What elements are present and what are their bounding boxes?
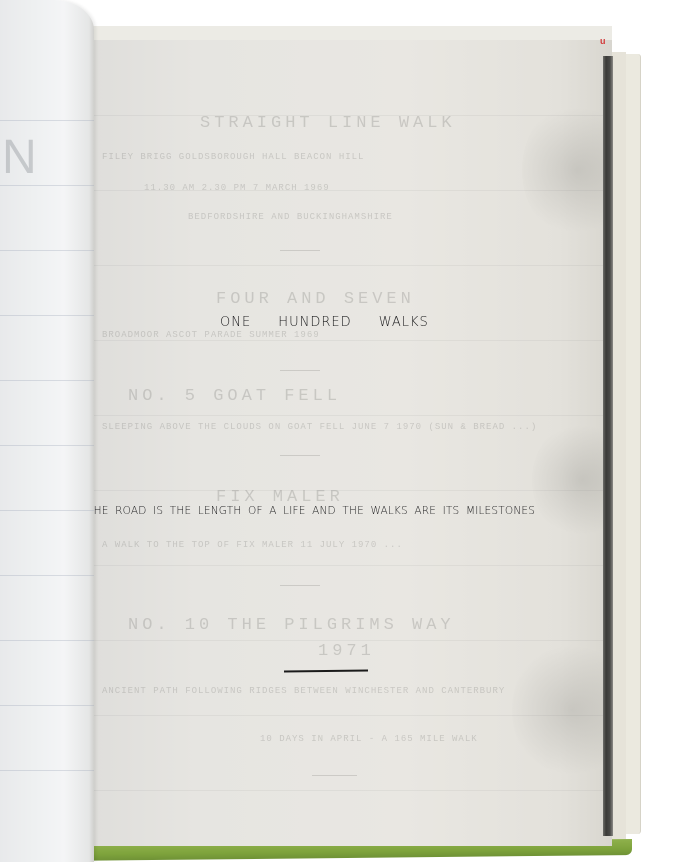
ghost-text: FILEY BRIGG GOLDSBOROUGH HALL BEACON HIL… [102,152,364,162]
ghost-text: 10 DAYS IN APRIL - A 165 MILE WALK [260,734,478,744]
ghost-text: NO. 10 THE PILGRIMS WAY [128,616,455,635]
ghost-text: A WALK TO THE TOP OF FIX MALER 11 JULY 1… [102,540,403,550]
ghost-text: STRAIGHT LINE WALK [200,114,456,133]
ghost-text: 11.30 AM 2.30 PM 7 MARCH 1969 [144,183,330,193]
title-page: STRAIGHT LINE WALK FILEY BRIGG GOLDSBORO… [92,40,612,846]
corner-mark: u [600,36,606,46]
ghost-text: BEDFORDSHIRE AND BUCKINGHAMSHIRE [188,212,393,222]
ghost-text: BROADMOOR ASCOT PARADE SUMMER 1969 [102,330,320,340]
document-photo: STRAIGHT LINE WALK FILEY BRIGG GOLDSBORO… [0,0,673,862]
ghost-text: ANCIENT PATH FOLLOWING RIDGES BETWEEN WI… [102,686,505,696]
epigraph: THE ROAD IS THE LENGTH OF A LIFE AND THE… [87,505,535,517]
document-title: ONE HUNDRED WALKS [220,315,429,330]
ghost-text: 1971 [318,642,375,661]
ghost-text: NO. 5 GOAT FELL [128,387,341,406]
ghost-text: SLEEPING ABOVE THE CLOUDS ON GOAT FELL J… [102,422,537,432]
page-edge-shadow [603,56,613,836]
ghost-text: FOUR AND SEVEN [216,290,415,309]
ghost-letter: N [2,130,37,185]
left-page-curl: N [0,0,94,862]
